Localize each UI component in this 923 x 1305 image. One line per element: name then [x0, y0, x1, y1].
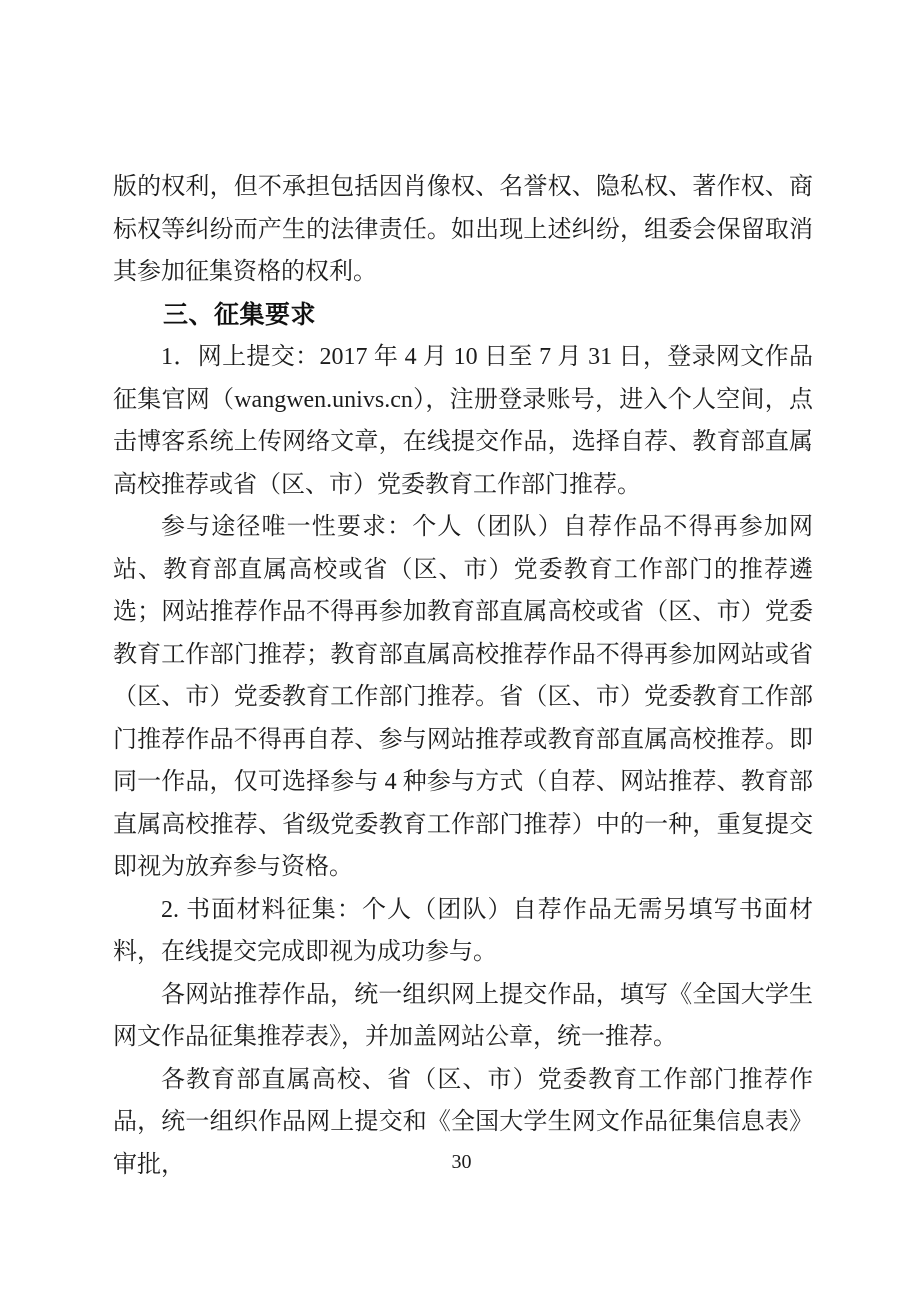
paragraph-uniqueness-requirement: 参与途径唯一性要求：个人（团队）自荐作品不得再参加网站、教育部直属高校或省（区、…	[113, 506, 813, 889]
paragraph-website-recommendation: 各网站推荐作品，统一组织网上提交作品，填写《全国大学生网文作品征集推荐表》，并加…	[113, 974, 813, 1059]
paragraph-online-submission: 1．网上提交：2017 年 4 月 10 日至 7 月 31 日，登录网文作品征…	[113, 336, 813, 506]
document-body: 版的权利，但不承担包括因肖像权、名誉权、隐私权、著作权、商标权等纠纷而产生的法律…	[113, 166, 813, 1186]
paragraph-legal-liability: 版的权利，但不承担包括因肖像权、名誉权、隐私权、著作权、商标权等纠纷而产生的法律…	[113, 166, 813, 294]
document-page: 版的权利，但不承担包括因肖像权、名誉权、隐私权、著作权、商标权等纠纷而产生的法律…	[0, 0, 923, 1305]
page-number: 30	[0, 1150, 923, 1174]
section-heading-requirements: 三、征集要求	[113, 294, 813, 337]
paragraph-written-materials: 2. 书面材料征集：个人（团队）自荐作品无需另填写书面材料，在线提交完成即视为成…	[113, 889, 813, 974]
